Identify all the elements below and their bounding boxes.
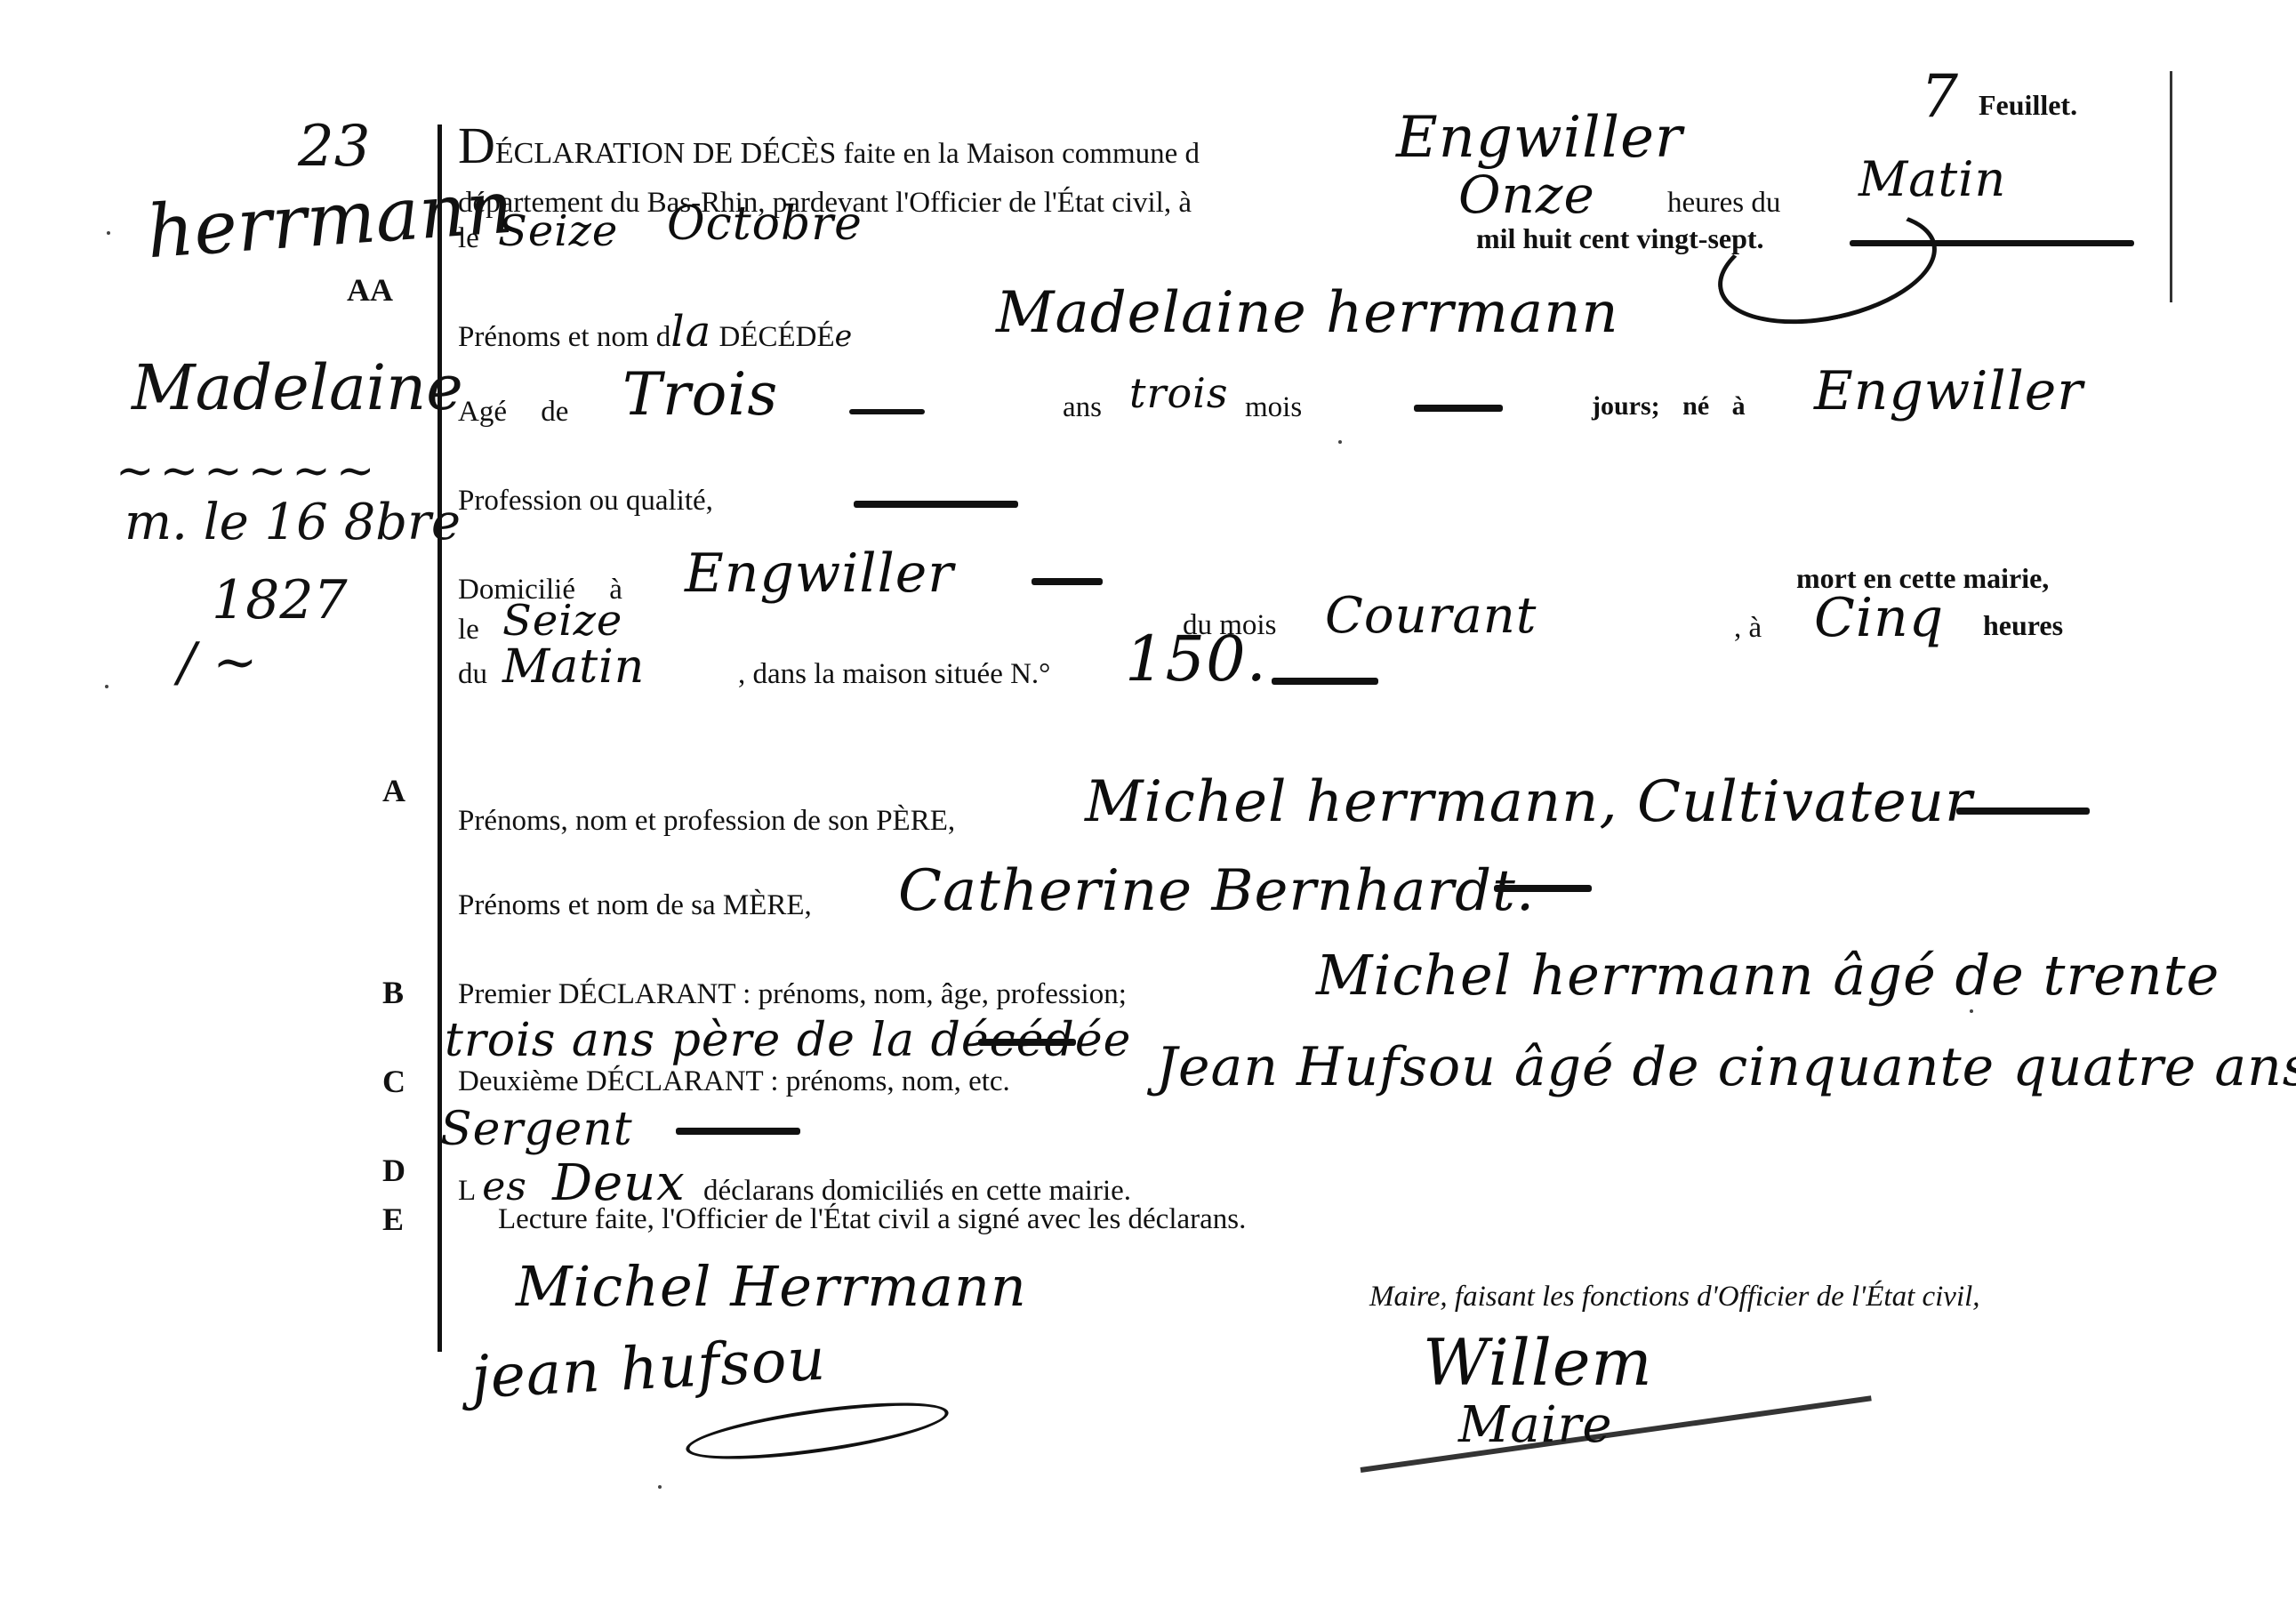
- domicile-fill-line: [1032, 578, 1103, 585]
- margin-year: 1827: [212, 569, 348, 631]
- death-month-value: Courant: [1325, 587, 1537, 645]
- header-line1-text: faite en la Maison commune d: [844, 138, 1200, 170]
- death-du: du: [458, 658, 487, 691]
- time-of-day-value: Matin: [1858, 151, 2006, 207]
- father-fill-line: [1956, 808, 2090, 815]
- margin-surname: herrmann: [144, 165, 516, 276]
- second-declarant-fill-line: [676, 1128, 800, 1135]
- mother-fill-line: [1494, 885, 1592, 892]
- age-years-value: Trois: [622, 360, 778, 429]
- deceased-article: la: [670, 307, 711, 357]
- scan-speck: [658, 1485, 662, 1489]
- scan-speck: [1970, 1009, 1973, 1013]
- house-number-value: 150.: [1125, 623, 1267, 695]
- sheet-number: 7: [1921, 62, 1958, 131]
- entry-number: 23: [298, 114, 370, 180]
- profession-label: Profession ou qualité,: [458, 485, 713, 518]
- deceased-name-value: Madelaine herrmann: [996, 280, 1619, 346]
- section-letter-d: D: [382, 1152, 405, 1189]
- first-declarant-value-line1: Michel herrmann âgé de trente: [1316, 943, 2220, 1008]
- reading-text: Lecture faite, l'Officier de l'État civi…: [498, 1203, 1246, 1236]
- age-label: Agé de: [458, 396, 568, 429]
- header-le: le: [458, 222, 479, 255]
- day-value: Seize: [498, 206, 618, 256]
- age-months-value: trois: [1129, 369, 1229, 417]
- section-letter-c: C: [382, 1063, 405, 1100]
- scan-speck: [107, 231, 110, 235]
- section-letter-a: A: [382, 772, 405, 809]
- death-hour-suffix: heures: [1983, 609, 2063, 642]
- mayor-label: Maire, faisant les fonctions d'Officier …: [1369, 1281, 1980, 1314]
- page-edge: [2170, 71, 2172, 302]
- domicile-value: Engwiller: [685, 542, 954, 605]
- month-value: Octobre: [667, 197, 863, 251]
- age-fill-line: [849, 409, 925, 414]
- deceased-suffix: e: [835, 318, 854, 353]
- margin-code-aa: AA: [347, 271, 393, 309]
- days-label: jours; né à: [1592, 391, 1746, 422]
- months-label: mois: [1245, 391, 1302, 424]
- title-initial: D: [458, 117, 495, 174]
- house-label: , dans la maison située N.°: [738, 658, 1050, 691]
- house-fill-line: [1272, 678, 1378, 685]
- father-label: Prénoms, nom et profession de son PÈRE,: [458, 805, 955, 838]
- hour-label: heures du: [1667, 187, 1780, 220]
- first-declarant-label: Premier DÉCLARANT : prénoms, nom, âge, p…: [458, 978, 1127, 1011]
- mother-value: Catherine Bernhardt.: [898, 858, 1535, 924]
- signature-declarant-1: Michel Herrmann: [516, 1254, 1027, 1319]
- profession-fill-line: [854, 501, 1018, 508]
- section-letter-e: E: [382, 1201, 404, 1238]
- first-declarant-fill-line: [978, 1039, 1076, 1046]
- death-day-value: Seize: [502, 596, 622, 646]
- signature-declarant-2: jean hufsou: [470, 1325, 827, 1412]
- death-hour-value: Cinq: [1814, 587, 1944, 649]
- second-declarant-value-line1: Jean Hufsou âgé de cinquante quatre ans: [1156, 1036, 2296, 1098]
- father-value: Michel herrmann, Cultivateur: [1085, 769, 1973, 835]
- second-declarant-value-line2: Sergent: [440, 1103, 633, 1156]
- years-label: ans: [1063, 391, 1102, 424]
- second-declarant-label: Deuxième DÉCLARANT : prénoms, nom, etc.: [458, 1065, 1010, 1098]
- hour-value: Onze: [1458, 165, 1595, 225]
- mayor-paraph-stroke: [1361, 1395, 1872, 1473]
- title-text: ÉCLARATION DE DÉCÈS: [495, 137, 836, 170]
- margin-flourish: / ~: [178, 631, 258, 694]
- mother-label: Prénoms et nom de sa MÈRE,: [458, 889, 812, 922]
- scan-speck: [1338, 440, 1342, 444]
- year-text: mil huit cent vingt-sept.: [1476, 222, 1764, 255]
- months-fill-line: [1414, 405, 1503, 412]
- scan-speck: [105, 685, 108, 688]
- death-time-of-day-value: Matin: [502, 640, 645, 694]
- margin-wave-flourish: ~~~~~~: [116, 445, 380, 498]
- margin-given-name: Madelaine: [132, 351, 463, 424]
- commune-value: Engwiller: [1396, 105, 1683, 171]
- signature-mayor: Willem: [1423, 1325, 1653, 1400]
- sheet-label: Feuillet.: [1979, 89, 2077, 122]
- signature-2-flourish: [683, 1391, 951, 1470]
- section-letter-b: B: [382, 974, 404, 1011]
- margin-date-note: m. le 16 8bre: [124, 494, 461, 551]
- margin-divider: [438, 125, 442, 1352]
- deceased-label: Prénoms et nom dla DÉCÉDÉe: [458, 307, 853, 357]
- death-le: le: [458, 614, 479, 647]
- death-hour-label: , à: [1734, 612, 1762, 645]
- header-line-1: DÉCLARATION DE DÉCÈS faite en la Maison …: [458, 120, 1200, 172]
- birthplace-value: Engwiller: [1814, 360, 2083, 422]
